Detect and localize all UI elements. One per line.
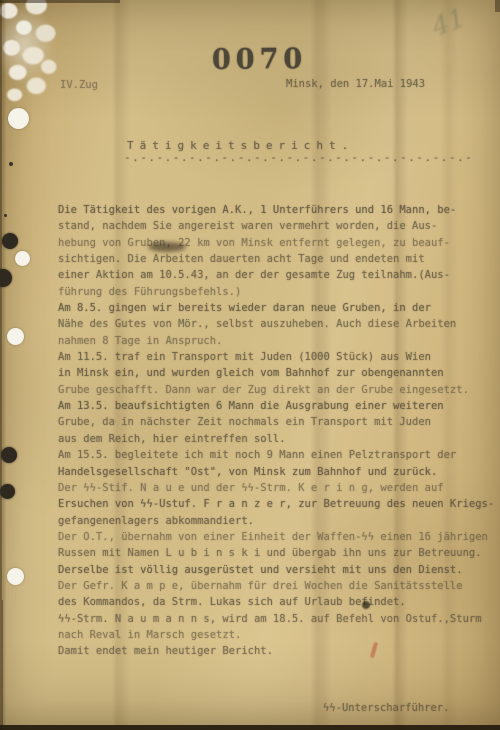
- report-line: Der ϟϟ-Stif. N a u e und der ϟϟ-Strm. K …: [58, 480, 462, 496]
- report-line: Derselbe ist völlig ausgerüstet und vers…: [58, 562, 462, 578]
- punch-hole-dark: [0, 484, 15, 499]
- report-line: des Kommandos, da Strm. Lukas sich auf U…: [58, 594, 462, 610]
- page-number-stamp: 0070: [212, 43, 307, 76]
- report-line: hebung von Gruben, 22 km von Minsk entfe…: [58, 235, 462, 251]
- report-line: gefangenenlagers abkommandiert.: [58, 513, 462, 529]
- report-line: nach Reval in Marsch gesetzt.: [58, 627, 462, 643]
- ink-blob: [362, 601, 370, 609]
- report-line: führung des Führungsbefehls.): [58, 284, 462, 300]
- punch-hole-dark: [0, 269, 12, 287]
- ink-dot: [4, 214, 7, 217]
- signature-line: ϟϟ-Unterscharführer.: [323, 702, 449, 714]
- scan-edge-bottom: [0, 725, 500, 730]
- report-line: Der O.T., übernahm von einer Einheit der…: [58, 529, 462, 545]
- torn-tape-patch: [0, 0, 58, 106]
- unit-designation: IV.Zug: [60, 79, 98, 91]
- ink-dot: [9, 162, 13, 166]
- report-line: Die Tätigkeit des vorigen A.K., 1 Unterf…: [58, 202, 462, 218]
- document-page: 0070 41 IV.Zug Minsk, den 17.Mai 1943 Tä…: [0, 0, 500, 730]
- report-line: einer Aktion am 10.5.43, an der der gesa…: [58, 267, 462, 283]
- scan-edge-top: [0, 0, 120, 3]
- report-line: Nähe des Gutes von Mör., selbst auszuheb…: [58, 316, 462, 332]
- report-line: Am 13.5. beaufsichtigten 6 Mann die Ausg…: [58, 398, 462, 414]
- handwritten-archive-mark: 41: [431, 2, 466, 44]
- report-line: Handelsgesellschaft "Ost", von Minsk zum…: [58, 464, 462, 480]
- dateline: Minsk, den 17.Mai 1943: [286, 78, 425, 90]
- report-line: aus dem Reich, hier eintreffen soll.: [58, 431, 462, 447]
- report-line: sichtigen. Die Arbeiten dauerten acht Ta…: [58, 251, 462, 267]
- report-line: Am 15.5. begleitete ich mit noch 9 Mann …: [58, 447, 462, 463]
- report-line: Grube geschafft. Dann war der Zug direkt…: [58, 382, 462, 398]
- report-line: nahmen 8 Tage in Anspruch.: [58, 333, 462, 349]
- report-line: Am 8.5. gingen wir bereits wieder daran …: [58, 300, 462, 316]
- ink-smudge: [148, 242, 186, 252]
- report-line: Grube, da in nächster Zeit nochmals ein …: [58, 414, 462, 430]
- report-line: Am 11.5. traf ein Transport mit Juden (1…: [58, 349, 462, 365]
- report-line: Russen mit Namen L u b i n s k i und übe…: [58, 545, 462, 561]
- punch-hole-dark: [1, 447, 17, 463]
- edge-scratch: [2, 600, 3, 728]
- scan-edge-left: [0, 0, 6, 730]
- title-underline: -.-.-.-.-.-.-.-.-.-.-.-.-.-.-.-.-.-.-.-.…: [124, 151, 473, 164]
- report-line: ϟϟ-Strm. N a u m a n n s, wird am 18.5. …: [58, 611, 462, 627]
- report-line: in Minsk ein, und wurden gleich vom Bahn…: [58, 365, 462, 381]
- report-line: Ersuchen von ϟϟ-Ustuf. F r a n z e r, zu…: [58, 496, 462, 512]
- punch-hole-white: [8, 108, 29, 129]
- punch-hole-white: [7, 328, 24, 345]
- report-line: stand, nachdem Sie angereist waren verme…: [58, 218, 462, 234]
- punch-hole-white: [15, 251, 30, 266]
- report-line: Damit endet mein heutiger Bericht.: [58, 643, 462, 659]
- scan-edge-top-right: [495, 0, 500, 12]
- report-body: Die Tätigkeit des vorigen A.K., 1 Unterf…: [58, 202, 462, 660]
- punch-hole-white: [7, 568, 24, 585]
- report-line: Der Gefr. K a m p e, übernahm für drei W…: [58, 578, 462, 594]
- punch-hole-dark: [2, 233, 18, 249]
